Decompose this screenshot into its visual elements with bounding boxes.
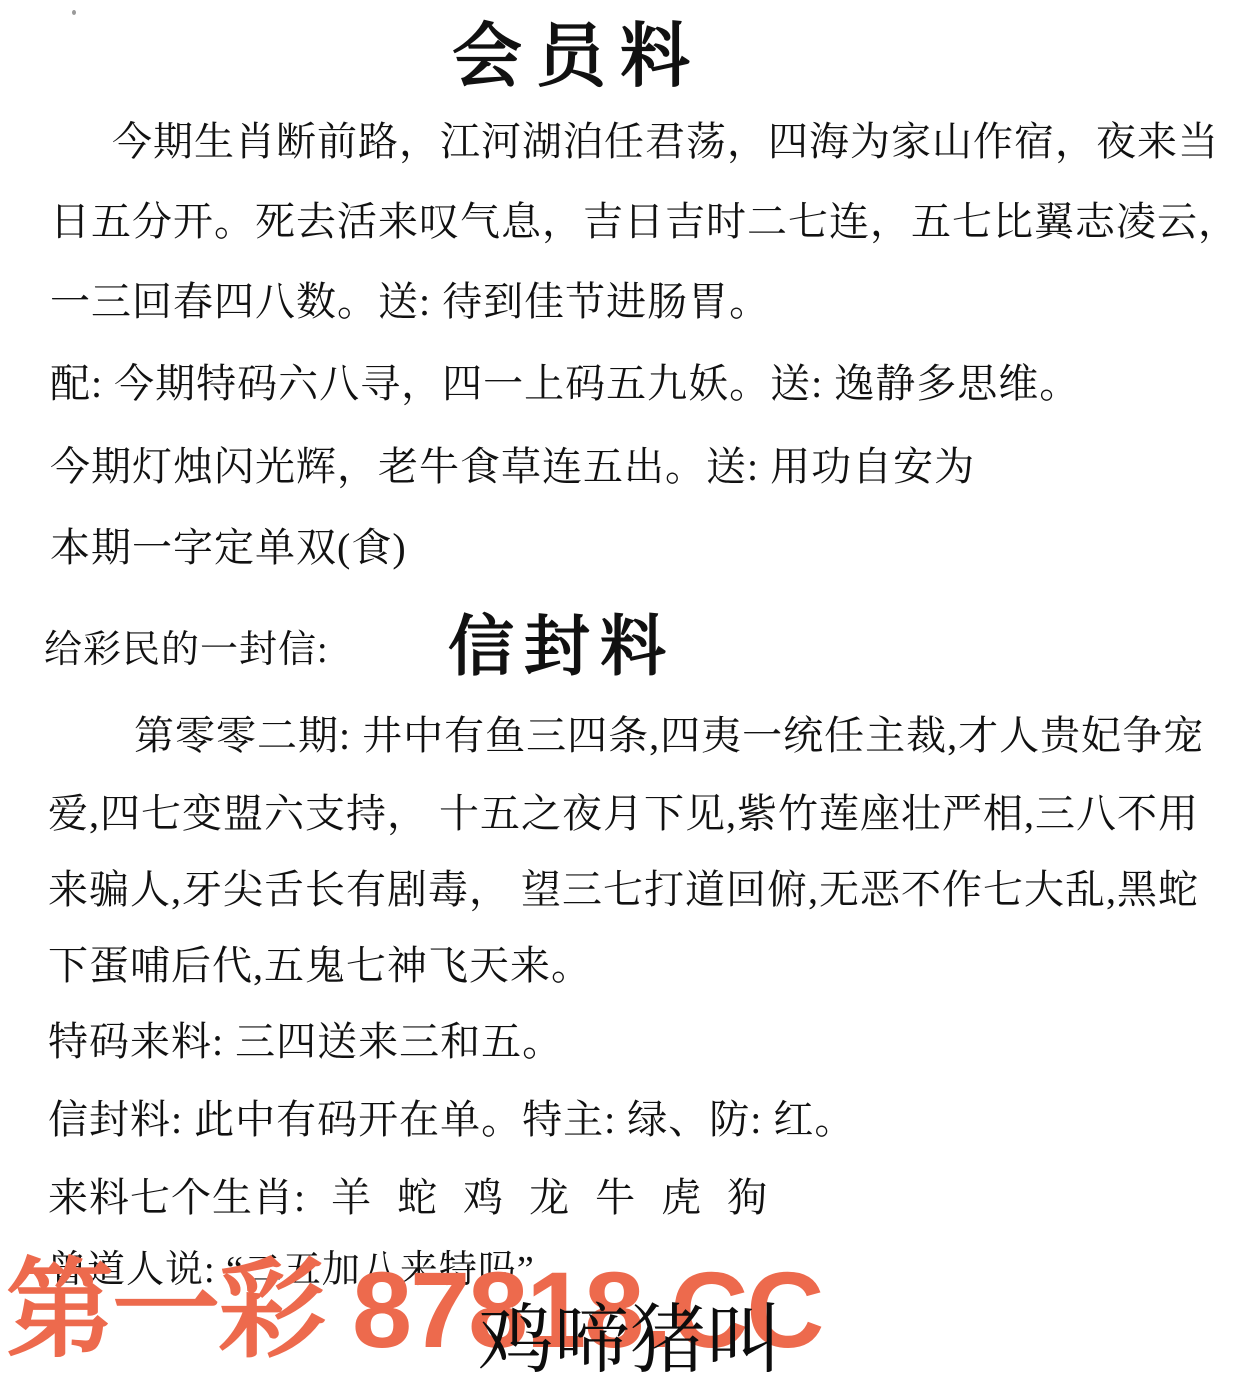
zodiac-line: 来料七个生肖: 羊 蛇 鸡 龙 牛 虎 狗 [48,1174,768,1222]
letter-section-title: 信封料 [448,608,676,687]
member-danshuang-line: 本期一字定单双(食) [50,524,407,572]
letter-para-line1: 第零零二期: 井中有鱼三四条,四夷一统任主裁,才人贵妃争宠 [134,712,1204,760]
letter-para-line4: 下蛋哺后代,五鬼七神飞天来。 [48,942,592,990]
ink-speck [72,10,76,15]
letter-para-line3: 来骗人,牙尖舌长有剧毒， 望三七打道回俯,无恶不作七大乱,黑蛇 [48,866,1199,914]
member-para1-line2: 日五分开。死去活来叹气息，吉日吉时二七连，五七比翼志凌云， [50,198,1239,246]
member-para1-line1: 今期生肖断前路，江河湖泊任君荡，四海为家山作宿，夜来当 [112,118,1219,166]
member-pei-line: 配: 今期特码六八寻，四一上码五九妖。送: 逸静多思维。 [50,360,1080,408]
footer-big-text: 鸡啼猪叫 [478,1296,782,1387]
member-deng-line: 今期灯烛闪光辉，老牛食草连五出。送: 用功自安为 [50,443,975,491]
member-para1-line3: 一三回春四八数。送: 待到佳节进肠胃。 [50,278,770,326]
letter-intro-label: 给彩民的一封信: [44,628,329,674]
tema-line: 特码来料: 三四送来三和五。 [48,1018,563,1066]
lottery-tips-document: 会员料 今期生肖断前路，江河湖泊任君荡，四海为家山作宿，夜来当 日五分开。死去活… [0,0,1239,1388]
xinfeng-line: 信封料: 此中有码开在单。特主: 绿、防: 红。 [48,1096,855,1144]
page-title: 会员料 [452,16,704,100]
letter-para-line2: 爱,四七变盟六支持， 十五之夜月下见,紫竹莲座壮严相,三八不用 [48,790,1199,838]
